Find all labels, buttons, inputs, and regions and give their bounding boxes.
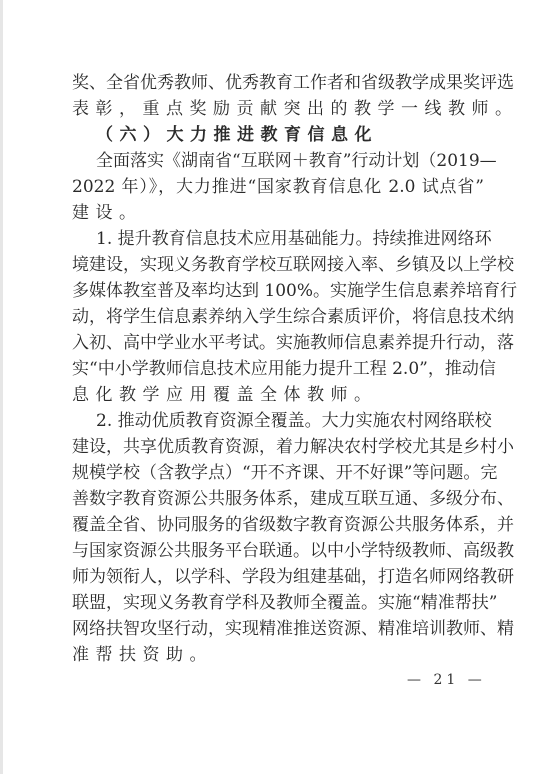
page-number: — 21 — — [407, 672, 486, 688]
document-page: 奖、全省优秀教师、优秀教育工作者和省级教学成果奖评选 表彰，重点奖励贡献突出的教… — [0, 0, 551, 774]
paragraph-line: 善数字教育资源公共服务体系，建成互联互通、多级分布、 — [72, 486, 484, 512]
paragraph-line: 师为领衔人，以学科、学段为组建基础，打造名师网络教研 — [72, 564, 484, 590]
paragraph-line: 实“中小学教师信息技术应用能力提升工程 2.0”，推动信 — [72, 356, 484, 382]
paragraph-line: 息化教学应用覆盖全体教师。 — [72, 382, 484, 408]
paragraph-line: 与国家资源公共服务平台联通。以中小学特级教师、高级教 — [72, 538, 484, 564]
paragraph-line: 规模学校（含教学点）“开不齐课、开不好课”等问题。完 — [72, 460, 484, 486]
paragraph-line: 全面落实《湖南省“互联网＋教育”行动计划（2019— — [72, 148, 484, 174]
paragraph-line: 入初、高中学业水平考试。实施教师信息素养提升行动，落 — [72, 330, 484, 356]
paragraph-line: 2022 年）》，大力推进“国家教育信息化 2.0 试点省” — [72, 174, 484, 200]
paragraph-line: 境建设，实现义务教育学校互联网接入率、乡镇及以上学校 — [72, 252, 484, 278]
page-left-edge — [0, 0, 3, 774]
paragraph-line: 准帮扶资助。 — [72, 642, 484, 668]
paragraph-line: 覆盖全省、协同服务的省级数字教育资源公共服务体系，并 — [72, 512, 484, 538]
paragraph-line: 2. 推动优质教育资源全覆盖。大力实施农村网络联校 — [72, 408, 484, 434]
paragraph-line: 网络扶智攻坚行动，实现精准推送资源、精准培训教师、精 — [72, 616, 484, 642]
paragraph-line: 1. 提升教育信息技术应用基础能力。持续推进网络环 — [72, 226, 484, 252]
paragraph-line: 动，将学生信息素养纳入学生综合素质评价，将信息技术纳 — [72, 304, 484, 330]
paragraph-line: 联盟，实现义务教育学科及教师全覆盖。实施“精准帮扶” — [72, 590, 484, 616]
paragraph-line: 建设，共享优质教育资源，着力解决农村学校尤其是乡村小 — [72, 434, 484, 460]
section-heading: （六）大力推进教育信息化 — [72, 122, 484, 148]
paragraph-line: 多媒体教室普及率均达到 100%。实施学生信息素养培育行 — [72, 278, 484, 304]
paragraph-line: 奖、全省优秀教师、优秀教育工作者和省级教学成果奖评选 — [72, 70, 484, 96]
document-body: 奖、全省优秀教师、优秀教育工作者和省级教学成果奖评选 表彰，重点奖励贡献突出的教… — [72, 70, 484, 668]
paragraph-line: 建设。 — [72, 200, 484, 226]
paragraph-line: 表彰，重点奖励贡献突出的教学一线教师。 — [72, 96, 484, 122]
